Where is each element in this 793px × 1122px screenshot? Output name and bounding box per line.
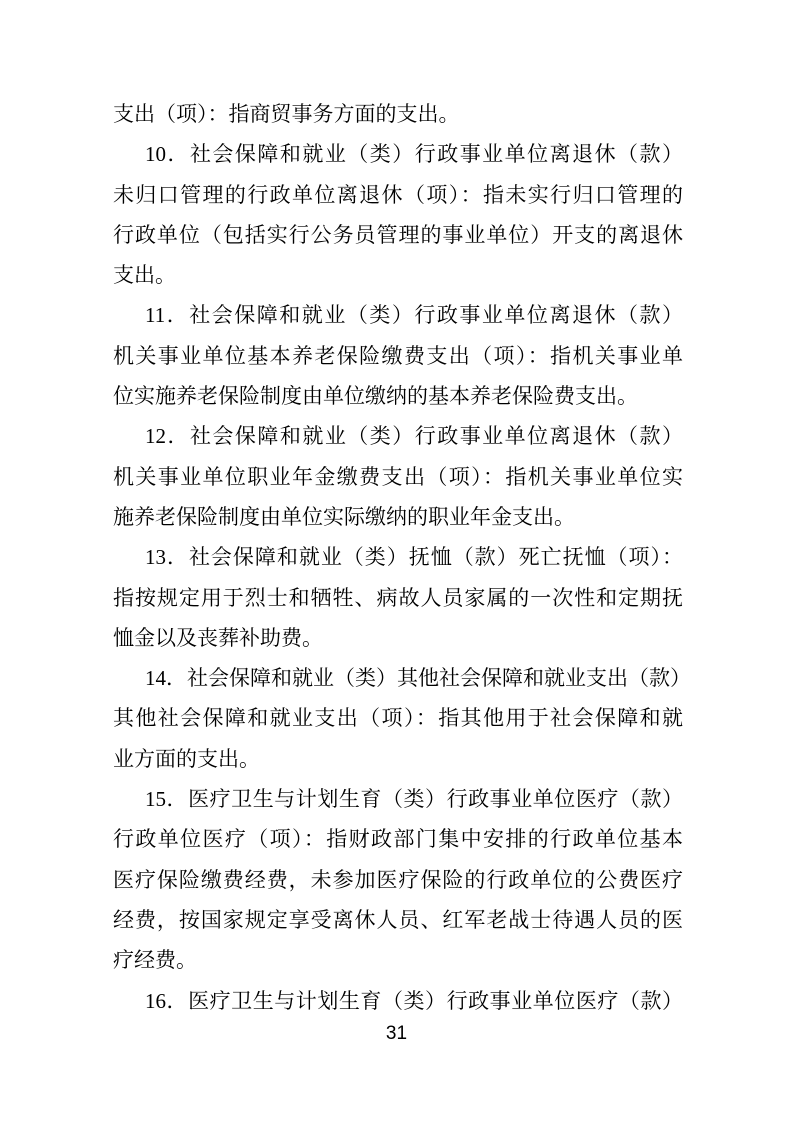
- text-line: 行政单位（包括实行公务员管理的事业单位）开支的离退休: [113, 215, 683, 255]
- text-line: 恤金以及丧葬补助费。: [113, 618, 683, 658]
- text-line: 行政单位医疗（项）：指财政部门集中安排的行政单位基本: [113, 819, 683, 859]
- document-body: 支出（项）：指商贸事务方面的支出。10．社会保障和就业（类）行政事业单位离退休（…: [113, 94, 683, 1021]
- text-line: 11．社会保障和就业（类）行政事业单位离退休（款）: [113, 295, 683, 335]
- text-line: 经费，按国家规定享受离休人员、红军老战士待遇人员的医: [113, 900, 683, 940]
- text-line: 疗经费。: [113, 940, 683, 980]
- text-line: 其他社会保障和就业支出（项）：指其他用于社会保障和就: [113, 698, 683, 738]
- text-line: 16．医疗卫生与计划生育（类）行政事业单位医疗（款）: [113, 981, 683, 1021]
- text-line: 医疗保险缴费经费，未参加医疗保险的行政单位的公费医疗: [113, 860, 683, 900]
- text-line: 13．社会保障和就业（类）抚恤（款）死亡抚恤（项）：: [113, 537, 683, 577]
- text-line: 业方面的支出。: [113, 739, 683, 779]
- text-line: 10．社会保障和就业（类）行政事业单位离退休（款）: [113, 134, 683, 174]
- document-page: 支出（项）：指商贸事务方面的支出。10．社会保障和就业（类）行政事业单位离退休（…: [0, 0, 793, 1122]
- text-line: 位实施养老保险制度由单位缴纳的基本养老保险费支出。: [113, 376, 683, 416]
- text-line: 14．社会保障和就业（类）其他社会保障和就业支出（款）: [113, 658, 683, 698]
- text-line: 15．医疗卫生与计划生育（类）行政事业单位医疗（款）: [113, 779, 683, 819]
- text-line: 支出。: [113, 255, 683, 295]
- text-line: 机关事业单位职业年金缴费支出（项）：指机关事业单位实: [113, 457, 683, 497]
- text-line: 施养老保险制度由单位实际缴纳的职业年金支出。: [113, 497, 683, 537]
- text-line: 指按规定用于烈士和牺牲、病故人员家属的一次性和定期抚: [113, 578, 683, 618]
- text-line: 未归口管理的行政单位离退休（项）：指未实行归口管理的: [113, 175, 683, 215]
- text-line: 机关事业单位基本养老保险缴费支出（项）：指机关事业单: [113, 336, 683, 376]
- text-line: 12．社会保障和就业（类）行政事业单位离退休（款）: [113, 416, 683, 456]
- page-number: 31: [0, 1022, 793, 1046]
- text-line: 支出（项）：指商贸事务方面的支出。: [113, 94, 683, 134]
